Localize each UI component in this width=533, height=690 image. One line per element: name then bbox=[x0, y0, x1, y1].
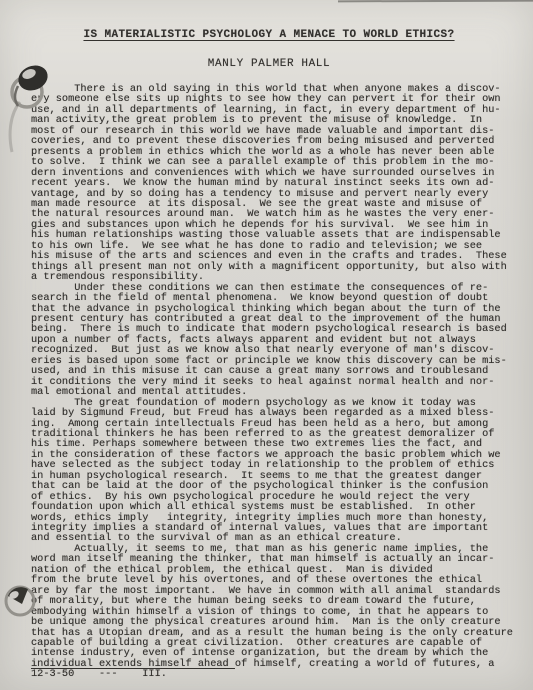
body-text: There is an old saying in this world tha… bbox=[31, 84, 533, 669]
binder-ring-top-icon bbox=[0, 44, 62, 154]
footer-line: 12-3-50 --- III. bbox=[31, 669, 533, 679]
text-line: search in the field of mental phenomena.… bbox=[31, 293, 533, 303]
author-name: MANLY PALMER HALL bbox=[208, 58, 330, 70]
text-line: recent years. We know the human mind by … bbox=[31, 178, 533, 188]
text-line: laid by Sigmund Freud, but Freud has alw… bbox=[31, 408, 533, 418]
text-segment: of himself, creating a world of futures,… bbox=[235, 658, 495, 670]
binder-ring-bottom-icon bbox=[0, 578, 44, 626]
text-line: foundation upon which all ethical system… bbox=[31, 502, 533, 512]
page-title: IS MATERIALISTIC PSYCHOLOGY A MENACE TO … bbox=[83, 29, 454, 41]
document-page: IS MATERIALISTIC PSYCHOLOGY A MENACE TO … bbox=[0, 0, 533, 690]
scan-edge-shadow bbox=[338, 0, 533, 2]
text-line: be unique among the physical creatures a… bbox=[31, 617, 533, 627]
